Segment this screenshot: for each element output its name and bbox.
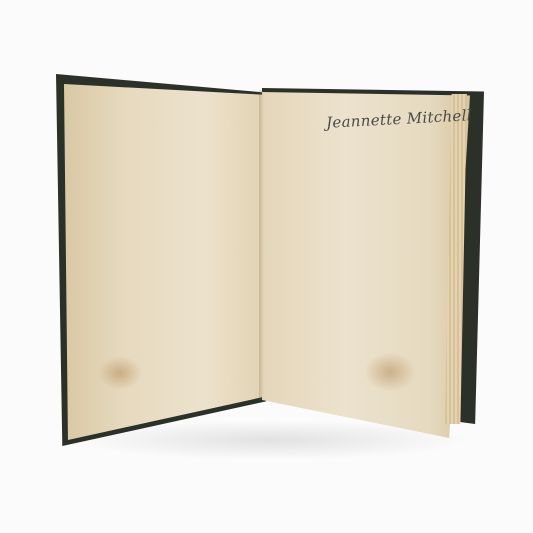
right-flyleaf xyxy=(262,92,470,438)
open-book: Jeannette Mitchell xyxy=(0,0,533,533)
gutter-shadow xyxy=(259,90,264,400)
left-endpaper xyxy=(64,84,262,440)
foxing-stain-right xyxy=(364,352,416,392)
foxing-stain-left xyxy=(98,356,142,390)
